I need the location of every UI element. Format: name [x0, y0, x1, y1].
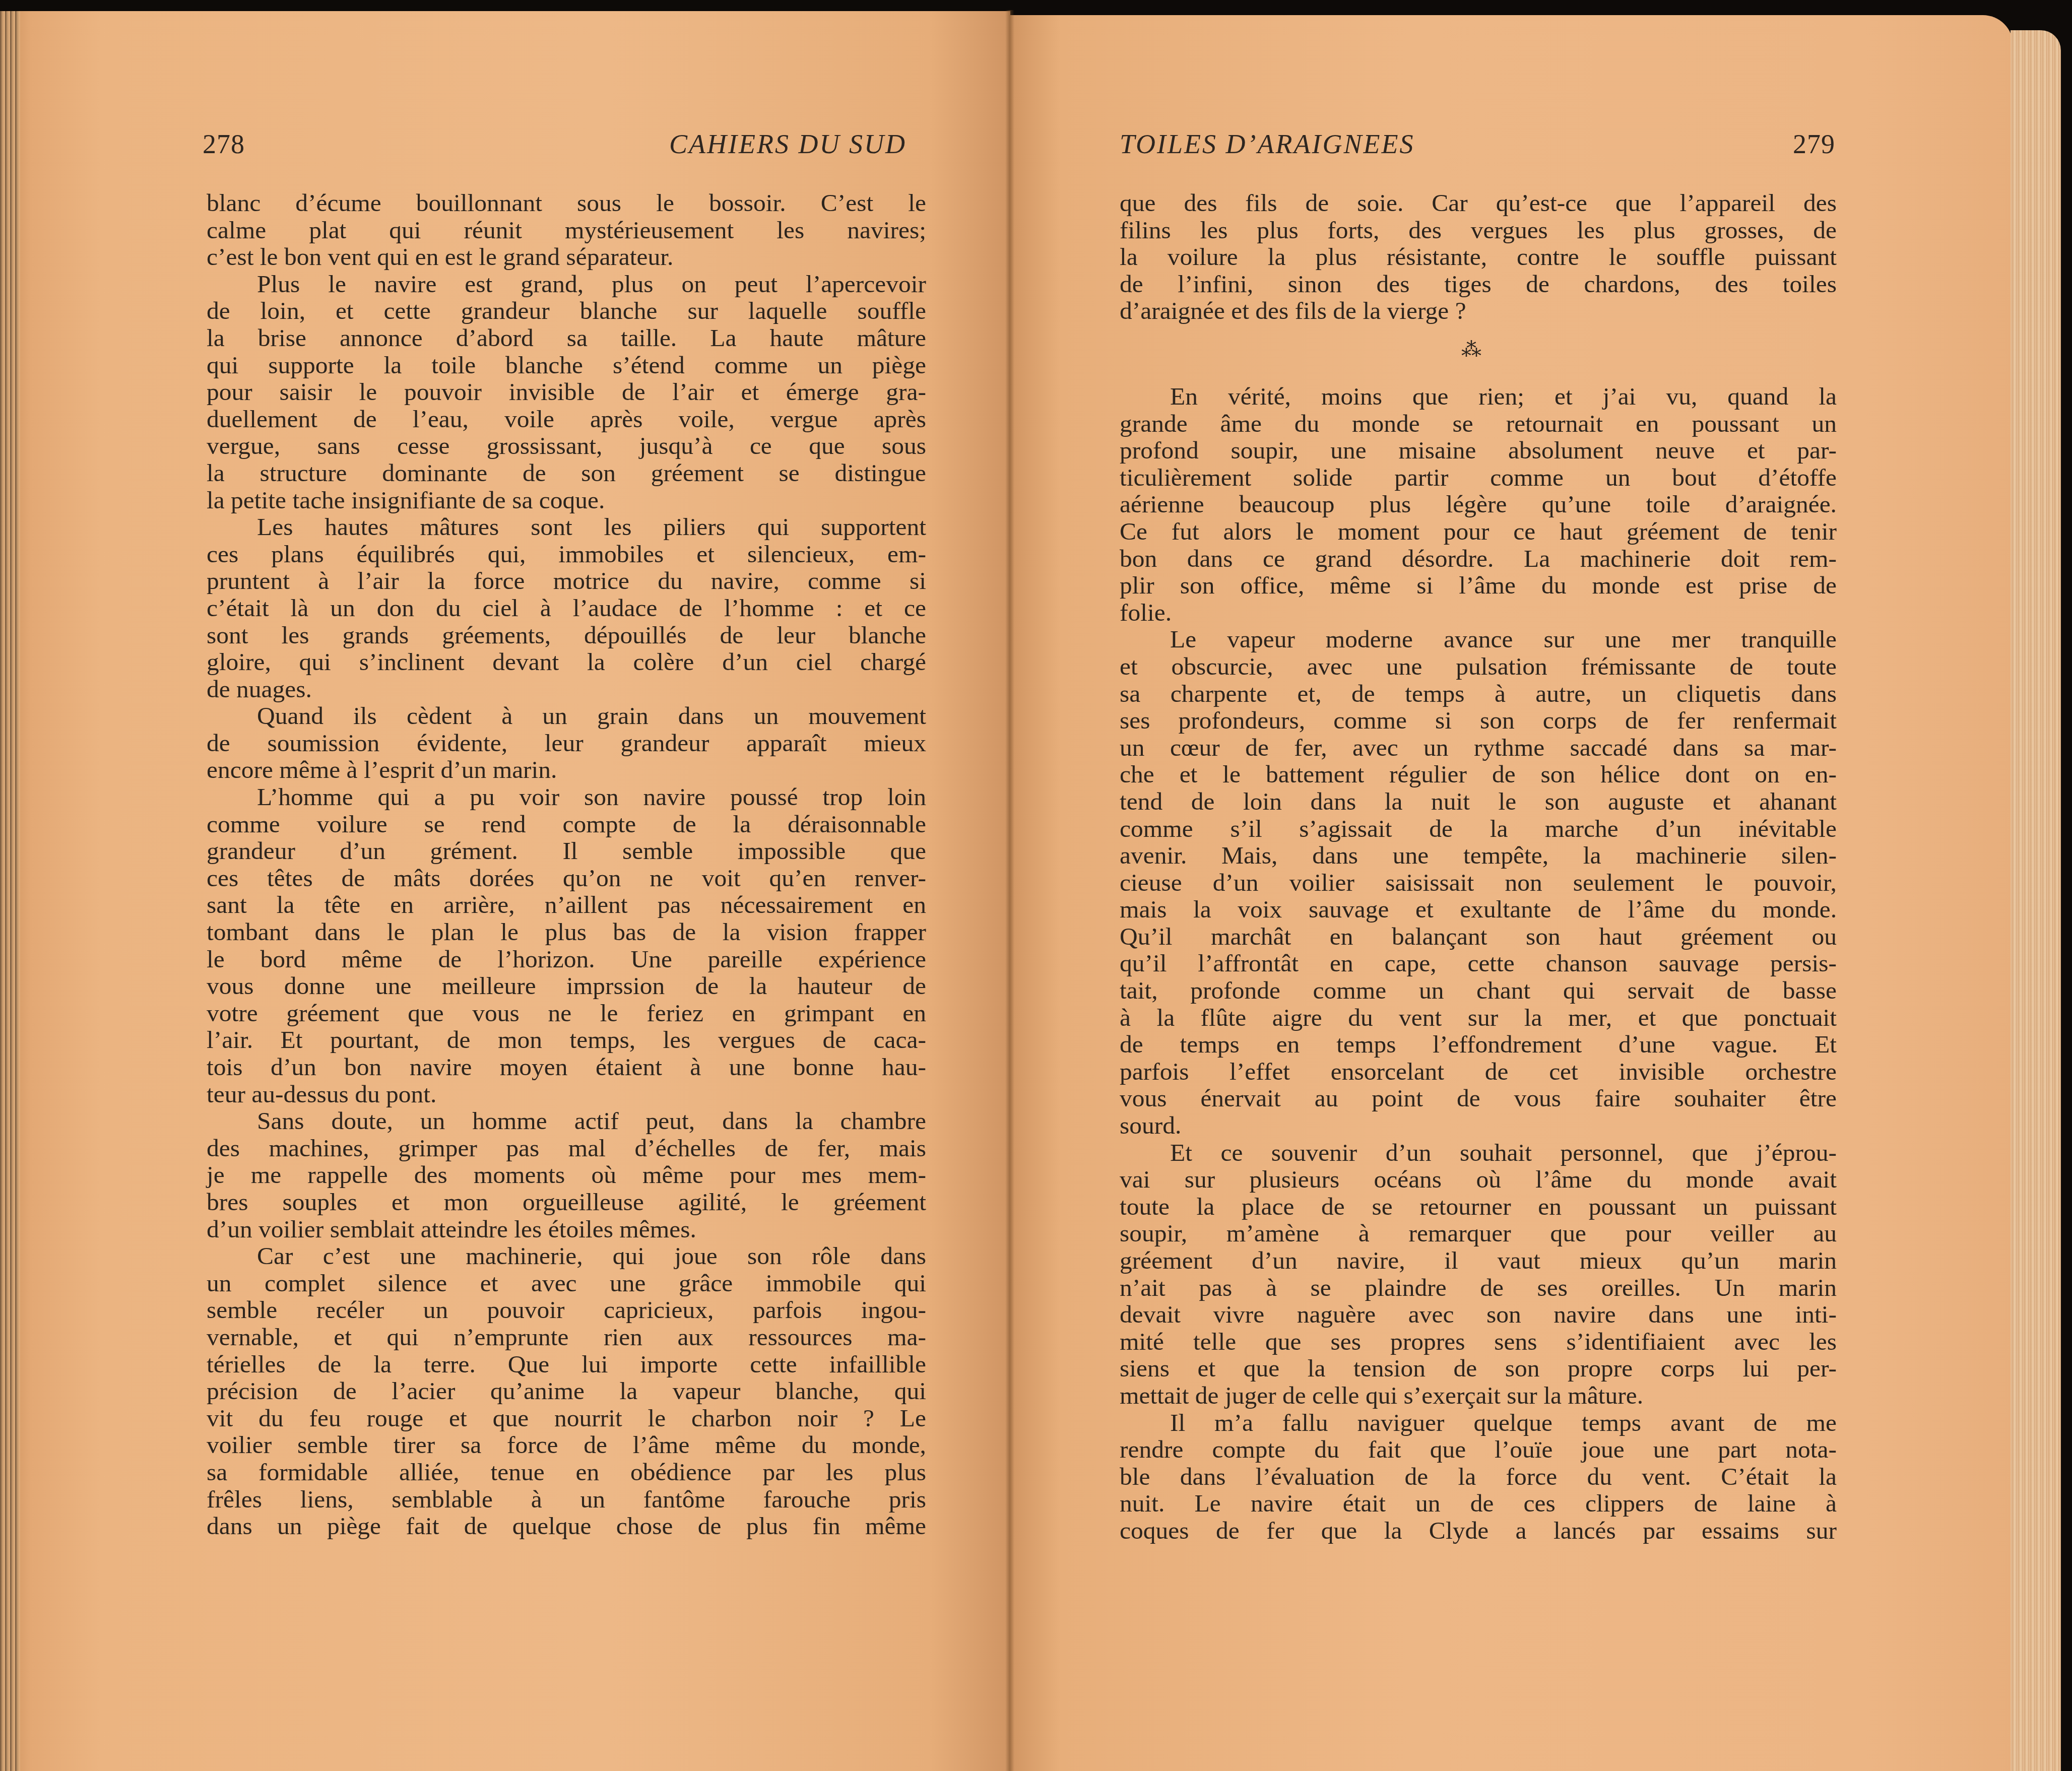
book-gutter — [1005, 10, 1014, 1771]
text-line: c’est le bon vent qui en est le grand sé… — [207, 243, 926, 271]
text-line: ces plans équilibrés qui, immobiles et s… — [207, 541, 926, 568]
text-line: bon dans ce grand désordre. La machineri… — [1120, 545, 1837, 572]
text-line: Les hautes mâtures sont les piliers qui … — [207, 513, 926, 541]
text-line: filins les plus forts, des vergues les p… — [1120, 217, 1837, 244]
text-line: vergue, sans cesse grossissant, jusqu’à … — [207, 432, 926, 460]
text-line: Sans doute, un homme actif peut, dans la… — [207, 1107, 926, 1135]
text-line: de nuages. — [207, 676, 926, 703]
text-line: semble recéler un pouvoir capricieux, pa… — [207, 1296, 926, 1324]
text-line: Car c’est une machinerie, qui joue son r… — [207, 1242, 926, 1270]
section-break-asterism: ⁂ — [1451, 343, 1492, 357]
text-line: sant la tête en arrière, n’aillent pas n… — [207, 891, 926, 919]
text-line: teur au-dessus du pont. — [207, 1081, 926, 1108]
text-line: la structure dominante de son gréement s… — [207, 460, 926, 487]
text-line: siens et que la tension de son propre co… — [1120, 1355, 1837, 1382]
text-line: pour saisir le pouvoir invisible de l’ai… — [207, 378, 926, 406]
right-page-number: 279 — [1793, 128, 1835, 160]
text-line: à la flûte aigre du vent sur la mer, et … — [1120, 1004, 1837, 1031]
text-line: d’araignée et des fils de la vierge ? — [1120, 297, 1837, 324]
right-page-body-top: que des fils de soie. Car qu’est-ce que … — [1120, 189, 1837, 324]
text-line: frêles liens, semblable à un fantôme far… — [207, 1486, 926, 1513]
text-line: térielles de la terre. Que lui importe c… — [207, 1351, 926, 1378]
text-line: devait vivre naguère avec son navire dan… — [1120, 1301, 1837, 1328]
text-line: qui supporte la toile blanche s’étend co… — [207, 352, 926, 379]
text-line: un complet silence et avec une grâce imm… — [207, 1270, 926, 1297]
text-line: En vérité, moins que rien; et j’ai vu, q… — [1120, 383, 1837, 410]
text-line: pruntent à l’air la force motrice du nav… — [207, 567, 926, 595]
text-line: un cœur de fer, avec un rythme saccadé d… — [1120, 734, 1837, 761]
text-line: vous énervait au point de vous faire sou… — [1120, 1085, 1837, 1112]
text-line: vous donne une meilleure imprssion de la… — [207, 972, 926, 1000]
text-line: toute la place de se retourner en poussa… — [1120, 1193, 1837, 1220]
text-line: tend de loin dans la nuit le son auguste… — [1120, 788, 1837, 815]
text-line: calme plat qui réunit mystérieusement le… — [207, 217, 926, 244]
text-line: tait, profonde comme un chant qui servai… — [1120, 977, 1837, 1004]
text-line: blanc d’écume bouillonnant sous le bosso… — [207, 189, 926, 217]
text-line: L’homme qui a pu voir son navire poussé … — [207, 783, 926, 811]
text-line: la brise annonce d’abord sa taille. La h… — [207, 324, 926, 352]
text-line: Quand ils cèdent à un grain dans un mouv… — [207, 702, 926, 730]
text-line: de l’infini, sinon des tiges de chardons… — [1120, 271, 1837, 298]
text-line: gréement d’un navire, il vaut mieux qu’u… — [1120, 1247, 1837, 1274]
right-page-edges — [2011, 30, 2061, 1771]
text-line: rendre compte du fait que l’ouïe joue un… — [1120, 1436, 1837, 1463]
text-line: votre gréement que vous ne le feriez en … — [207, 1000, 926, 1027]
text-line: duellement de l’eau, voile après voile, … — [207, 406, 926, 433]
text-line: encore même à l’esprit d’un marin. — [207, 756, 926, 783]
text-line: folie. — [1120, 599, 1837, 626]
text-line: sa charpente et, de temps à autre, un cl… — [1120, 680, 1837, 707]
text-line: et obscurcie, avec une pulsation frémiss… — [1120, 653, 1837, 680]
text-line: plir son office, même si l’âme du monde … — [1120, 572, 1837, 599]
text-line: aérienne beaucoup plus légère qu’une toi… — [1120, 491, 1837, 518]
text-line: sourd. — [1120, 1112, 1837, 1139]
text-line: vernable, et qui n’emprunte rien aux res… — [207, 1324, 926, 1351]
left-page-body: blanc d’écume bouillonnant sous le bosso… — [207, 189, 926, 1540]
text-line: comme voilure se rend compte de la dérai… — [207, 811, 926, 838]
right-page-body-bottom: En vérité, moins que rien; et j’ai vu, q… — [1120, 383, 1837, 1544]
text-line: que des fils de soie. Car qu’est-ce que … — [1120, 189, 1837, 217]
text-line: je me rappelle des moments où même pour … — [207, 1161, 926, 1189]
text-line: Qu’il marchât en balançant son haut grée… — [1120, 923, 1837, 950]
text-line: voilier semble tirer sa force de l’âme m… — [207, 1431, 926, 1459]
text-line: n’ait pas à se plaindre de ses oreilles.… — [1120, 1274, 1837, 1301]
text-line: des machines, grimper pas mal d’échelles… — [207, 1135, 926, 1162]
text-line: nuit. Le navire était un de ces clippers… — [1120, 1490, 1837, 1517]
text-line: grandeur d’un grément. Il semble impossi… — [207, 837, 926, 865]
text-line: sa formidable alliée, tenue en obédience… — [207, 1459, 926, 1486]
text-line: ble dans l’évaluation de la force du ven… — [1120, 1463, 1837, 1490]
text-line: Ce fut alors le moment pour ce haut grée… — [1120, 518, 1837, 545]
text-line: profond soupir, une misaine absolument n… — [1120, 437, 1837, 464]
text-line: cieuse d’un voilier saisissait non seule… — [1120, 869, 1837, 896]
text-line: de loin, et cette grandeur blanche sur l… — [207, 297, 926, 324]
text-line: sont les grands gréements, dépouillés de… — [207, 622, 926, 649]
text-line: tombant dans le plan le plus bas de la v… — [207, 919, 926, 946]
right-running-title: TOILES D’ARAIGNEES — [1120, 128, 1414, 160]
text-line: la petite tache insignifiante de sa coqu… — [207, 487, 926, 514]
text-line: c’était là un don du ciel à l’audace de … — [207, 595, 926, 622]
left-running-title: CAHIERS DU SUD — [669, 128, 906, 160]
text-line: Et ce souvenir d’un souhait personnel, q… — [1120, 1139, 1837, 1166]
left-page-number: 278 — [203, 128, 245, 160]
text-line: Le vapeur moderne avance sur une mer tra… — [1120, 626, 1837, 653]
text-line: parfois l’effet ensorcelant de cet invis… — [1120, 1058, 1837, 1085]
text-line: vai sur plusieurs océans où l’âme du mon… — [1120, 1166, 1837, 1193]
text-line: de soumission évidente, leur grandeur ap… — [207, 730, 926, 757]
text-line: de temps en temps l’effondrement d’une v… — [1120, 1031, 1837, 1058]
text-line: tois d’un bon navire moyen étaient à une… — [207, 1054, 926, 1081]
text-line: Il m’a fallu naviguer quelque temps avan… — [1120, 1409, 1837, 1436]
text-line: comme s’il s’agissait de la marche d’un … — [1120, 815, 1837, 842]
text-line: Plus le navire est grand, plus on peut l… — [207, 271, 926, 298]
text-line: la voilure la plus résistante, contre le… — [1120, 243, 1837, 271]
text-line: l’air. Et pourtant, de mon temps, les ve… — [207, 1026, 926, 1054]
text-line: qu’il l’affrontât en cape, cette chanson… — [1120, 950, 1837, 977]
text-line: mettait de juger de celle qui s’exerçait… — [1120, 1382, 1837, 1409]
text-line: grande âme du monde se retournait en pou… — [1120, 410, 1837, 437]
text-line: gloire, qui s’inclinent devant la colère… — [207, 648, 926, 676]
open-book: 278 CAHIERS DU SUD TOILES D’ARAIGNEES 27… — [0, 0, 2072, 1771]
text-line: dans un piège fait de quelque chose de p… — [207, 1513, 926, 1540]
text-line: vit du feu rouge et que nourrit le charb… — [207, 1405, 926, 1432]
text-line: d’un voilier semblait atteindre les étoi… — [207, 1216, 926, 1243]
text-line: précision de l’acier qu’anime la vapeur … — [207, 1378, 926, 1405]
text-line: coques de fer que la Clyde a lancés par … — [1120, 1517, 1837, 1544]
text-line: ticulièrement solide partir comme un bou… — [1120, 464, 1837, 491]
left-page-edges — [0, 11, 20, 1771]
text-line: ces têtes de mâts dorées qu’on ne voit q… — [207, 865, 926, 892]
text-line: le bord même de l’horizon. Une pareille … — [207, 946, 926, 973]
text-line: mité telle que ses propres sens s’identi… — [1120, 1328, 1837, 1355]
text-line: mais la voix sauvage et exultante de l’â… — [1120, 896, 1837, 923]
text-line: che et le battement régulier de son héli… — [1120, 761, 1837, 788]
text-line: avenir. Mais, dans une tempête, la machi… — [1120, 842, 1837, 869]
text-line: soupir, m’amène à remarquer que pour vei… — [1120, 1220, 1837, 1247]
text-line: bres souples et mon orgueilleuse agilité… — [207, 1189, 926, 1216]
text-line: ses profondeurs, comme si son corps de f… — [1120, 707, 1837, 734]
